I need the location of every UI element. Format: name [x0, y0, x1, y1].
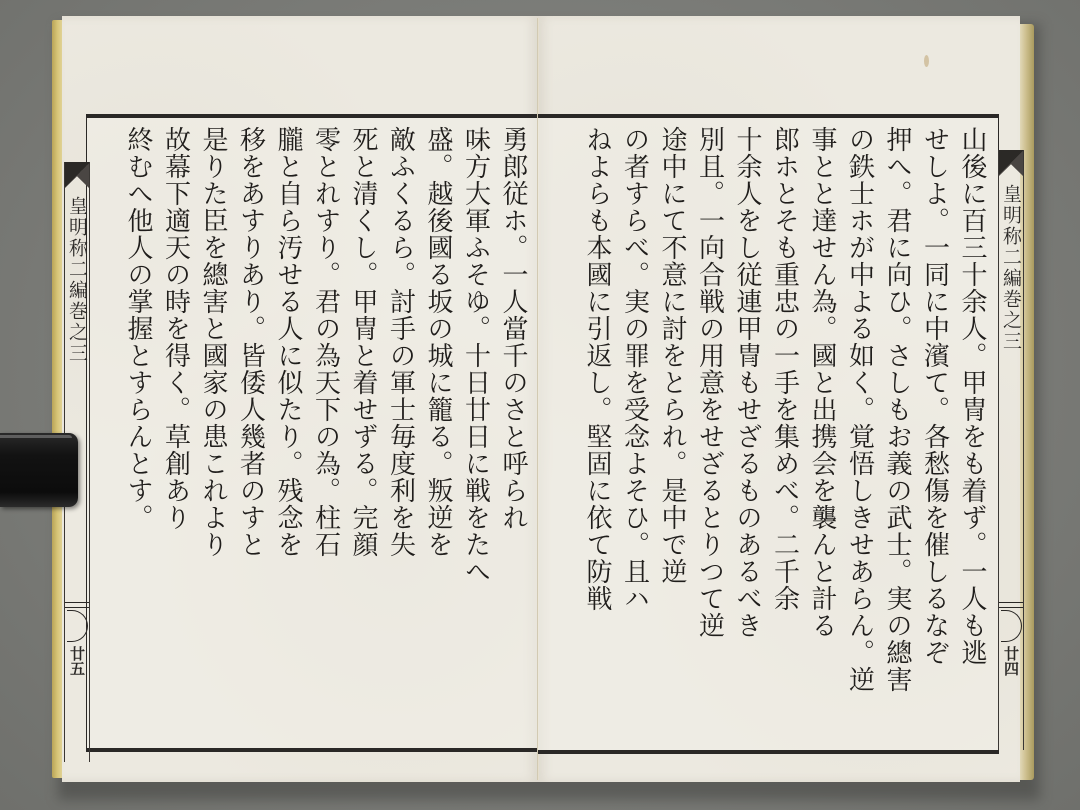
text-column: 勇郎従ホ。一人當千のさと呼られ [494, 126, 532, 742]
book-clip [0, 433, 78, 507]
text-column: 押へ。君に向ひ。さしもお義の武士。実の總害 [878, 126, 916, 744]
text-column: 終むへ他人の掌握とすらんとす。 [119, 126, 157, 742]
lower-fishtail-mark-icon [1001, 610, 1022, 642]
right-margin-title: 皇明称二編巻之三 [999, 184, 1023, 352]
text-column: 零とれすり。君の為天下の為。柱石 [306, 126, 344, 742]
text-column: ねよらも本國に引返し。堅固に依て防戦 [578, 126, 616, 744]
text-column: 郎ホとそも重忠の一手を集めべ。二千余 [765, 126, 803, 744]
fishtail-mark-icon [999, 150, 1023, 176]
fishtail-mark-icon [65, 162, 89, 188]
text-column: の者すらべ。実の罪を受念よそひ。且ハ [615, 126, 653, 744]
clip-highlight [0, 435, 72, 438]
text-column: の鉄士ホが中よる如く。覚悟しきせあらん。逆 [840, 126, 878, 744]
text-column: 十余人をし従連甲冑もせざるものあるべき [728, 126, 766, 744]
text-column: 死と清くし。甲冑と着せずる。完顔 [344, 126, 382, 742]
lower-fishtail-mark-icon [67, 610, 88, 642]
text-column: 移をあすりあり。皆倭人幾者のすと [231, 126, 269, 742]
left-text-columns: 勇郎従ホ。一人當千のさと呼られ 味方大軍ふそゆ。十日廿日に戦をたへ 盛。越後國る… [91, 126, 531, 742]
text-column: 盛。越後國る坂の城に籠る。叛逆を [419, 126, 457, 742]
text-column: 事とと達せん為。國と出携会を襲んと計る [803, 126, 841, 744]
paper-stain [924, 55, 929, 67]
margin-double-line [65, 602, 89, 608]
right-page-number: 廿四 [999, 646, 1023, 676]
text-column: せしよ。一同に中濱て。各愁傷を催しるなぞ [915, 126, 953, 744]
text-column: 敵ふくるら。討手の軍士毎度利を失 [381, 126, 419, 742]
text-column: 別且。一向合戦の用意をせざるとりつて逆 [690, 126, 728, 744]
text-column: 故幕下適天の時を得く。草創あり [156, 126, 194, 742]
text-column: 途中にて不意に討をとられ。是中で逆 [653, 126, 691, 744]
right-text-columns: 山後に百三十余人。甲冑をも着ず。一人も逃 せしよ。一同に中濱て。各愁傷を催しるな… [540, 126, 990, 744]
text-column: 山後に百三十余人。甲冑をも着ず。一人も逃 [953, 126, 991, 744]
left-text-frame: 勇郎従ホ。一人當千のさと呼られ 味方大軍ふそゆ。十日廿日に戦をたへ 盛。越後國る… [86, 114, 537, 752]
text-column: 味方大軍ふそゆ。十日廿日に戦をたへ [456, 126, 494, 742]
text-column: 朧と自ら汚せる人に似たり。残念を [269, 126, 307, 742]
text-column: 是りた臣を總害と國家の患これより [194, 126, 232, 742]
right-margin-strip: 皇明称二編巻之三 廿四 [998, 150, 1024, 750]
margin-double-line [999, 602, 1023, 608]
left-page-number: 廿五 [65, 646, 89, 676]
left-margin-title: 皇明称二編巻之三 [65, 196, 89, 364]
right-text-frame: 山後に百三十余人。甲冑をも着ず。一人も逃 せしよ。一同に中濱て。各愁傷を催しるな… [538, 114, 999, 754]
